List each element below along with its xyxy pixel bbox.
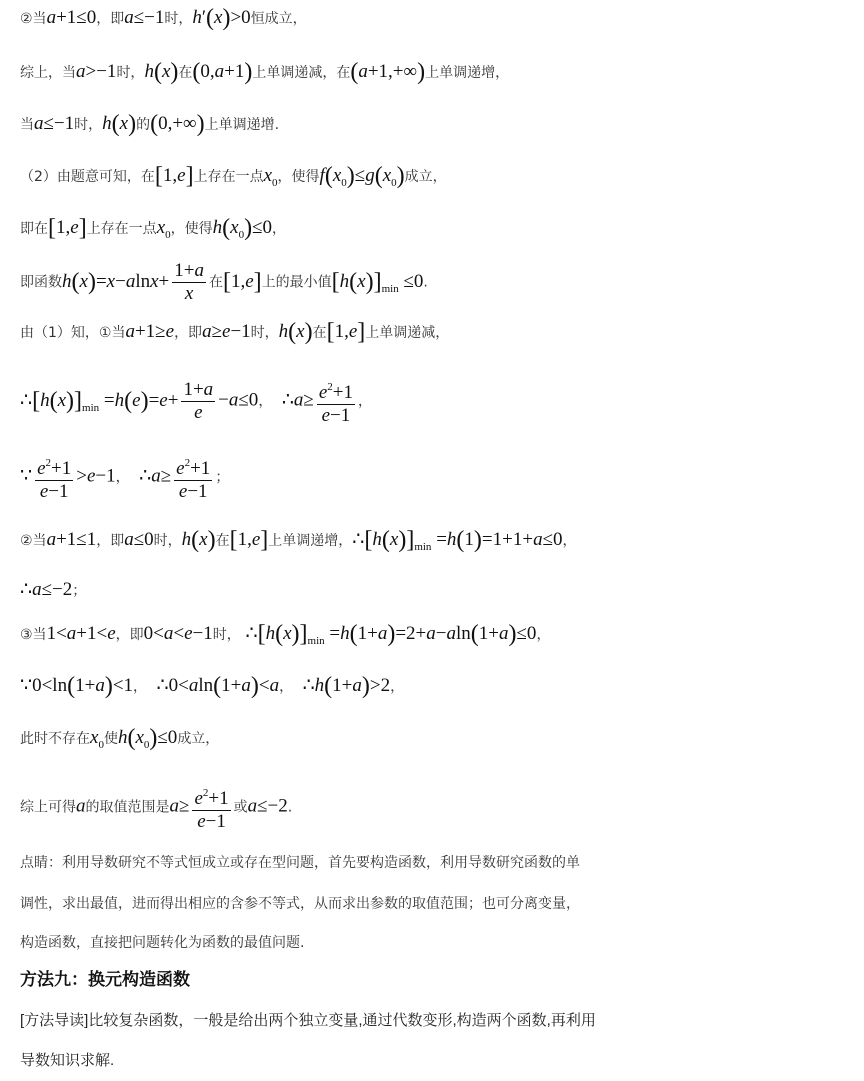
note-line-3: 构造函数，直接把问题转化为函数的最值问题.	[20, 932, 304, 953]
fraction-1plusa-over-x: 1+ax	[172, 260, 206, 305]
case2-first-line: ②当a+1≤0，即a≤−1时，h′(x)>0恒成立，	[20, 8, 307, 29]
note-label: 点睛：	[20, 855, 62, 871]
case3-line: ③当1<a+1<e，即0<a<e−1时， ∴[h(x)]min =h(1+a)=…	[20, 624, 550, 651]
summary-line-1: 综上，当a>−1时，h(x)在(0,a+1)上单调递减，在(a+1,+∞)上单调…	[20, 62, 509, 83]
case3-result-line: 此时不存在x0使h(x0)≤0成立，	[20, 728, 219, 755]
case1-calc-line: ∴[h(x)]min =h(e)=e+1+ae−a≤0， ∴a≥e2+1e−1，	[20, 376, 372, 427]
method9-heading: 方法九：换元构造函数	[20, 970, 190, 990]
summary-line-2: 当a≤−1时，h(x)的(0,+∞)上单调递增.	[20, 114, 279, 135]
case1-result-line: ∵e2+1e−1>e−1， ∴a≥e2+1e−1；	[20, 452, 229, 503]
case3-ineq-line: ∵0<ln(1+a)<1， ∴0<aln(1+a)<a， ∴h(1+a)>2，	[20, 676, 404, 697]
method9-guide-line-2: 导数知识求解.	[20, 1050, 114, 1071]
part2-restate-line: 即在[1,e]上存在一点x0，使得h(x0)≤0，	[20, 218, 286, 245]
case1-line: 由（1）知，①当a+1≥e，即a≥e−1时，h(x)在[1,e]上单调递减，	[20, 322, 449, 343]
case2-result-line: ∴a≤−2；	[20, 580, 86, 601]
document-page: ②当a+1≤0，即a≤−1时，h′(x)>0恒成立， 综上，当a>−1时，h(x…	[0, 0, 864, 1081]
note-line-2: 调性，求出最值，进而得出相应的含参不等式，从而求出参数的取值范围；也可分离变量，	[20, 893, 580, 914]
method-guide-label: [方法导读]	[20, 1012, 88, 1029]
method9-guide-line-1: [方法导读]比较复杂函数，一般是给出两个独立变量,通过代数变形,构造两个函数,再…	[20, 1010, 596, 1031]
part2-intro-line: （2）由题意可知，在[1,e]上存在一点x0，使得f(x0)≤g(x0)成立，	[20, 166, 447, 193]
note-line-1: 点睛：利用导数研究不等式恒成立或存在型问题，首先要构造函数，利用导数研究函数的单	[20, 852, 580, 873]
part2-min-line: 即函数h(x)=x−alnx+1+ax在[1,e]上的最小值[h(x)]min …	[20, 260, 428, 305]
conclusion-line: 综上可得a的取值范围是a≥e2+1e−1或a≤−2.	[20, 782, 292, 833]
case2-line: ②当a+1≤1，即a≤0时，h(x)在[1,e]上单调递增，∴[h(x)]min…	[20, 530, 577, 557]
